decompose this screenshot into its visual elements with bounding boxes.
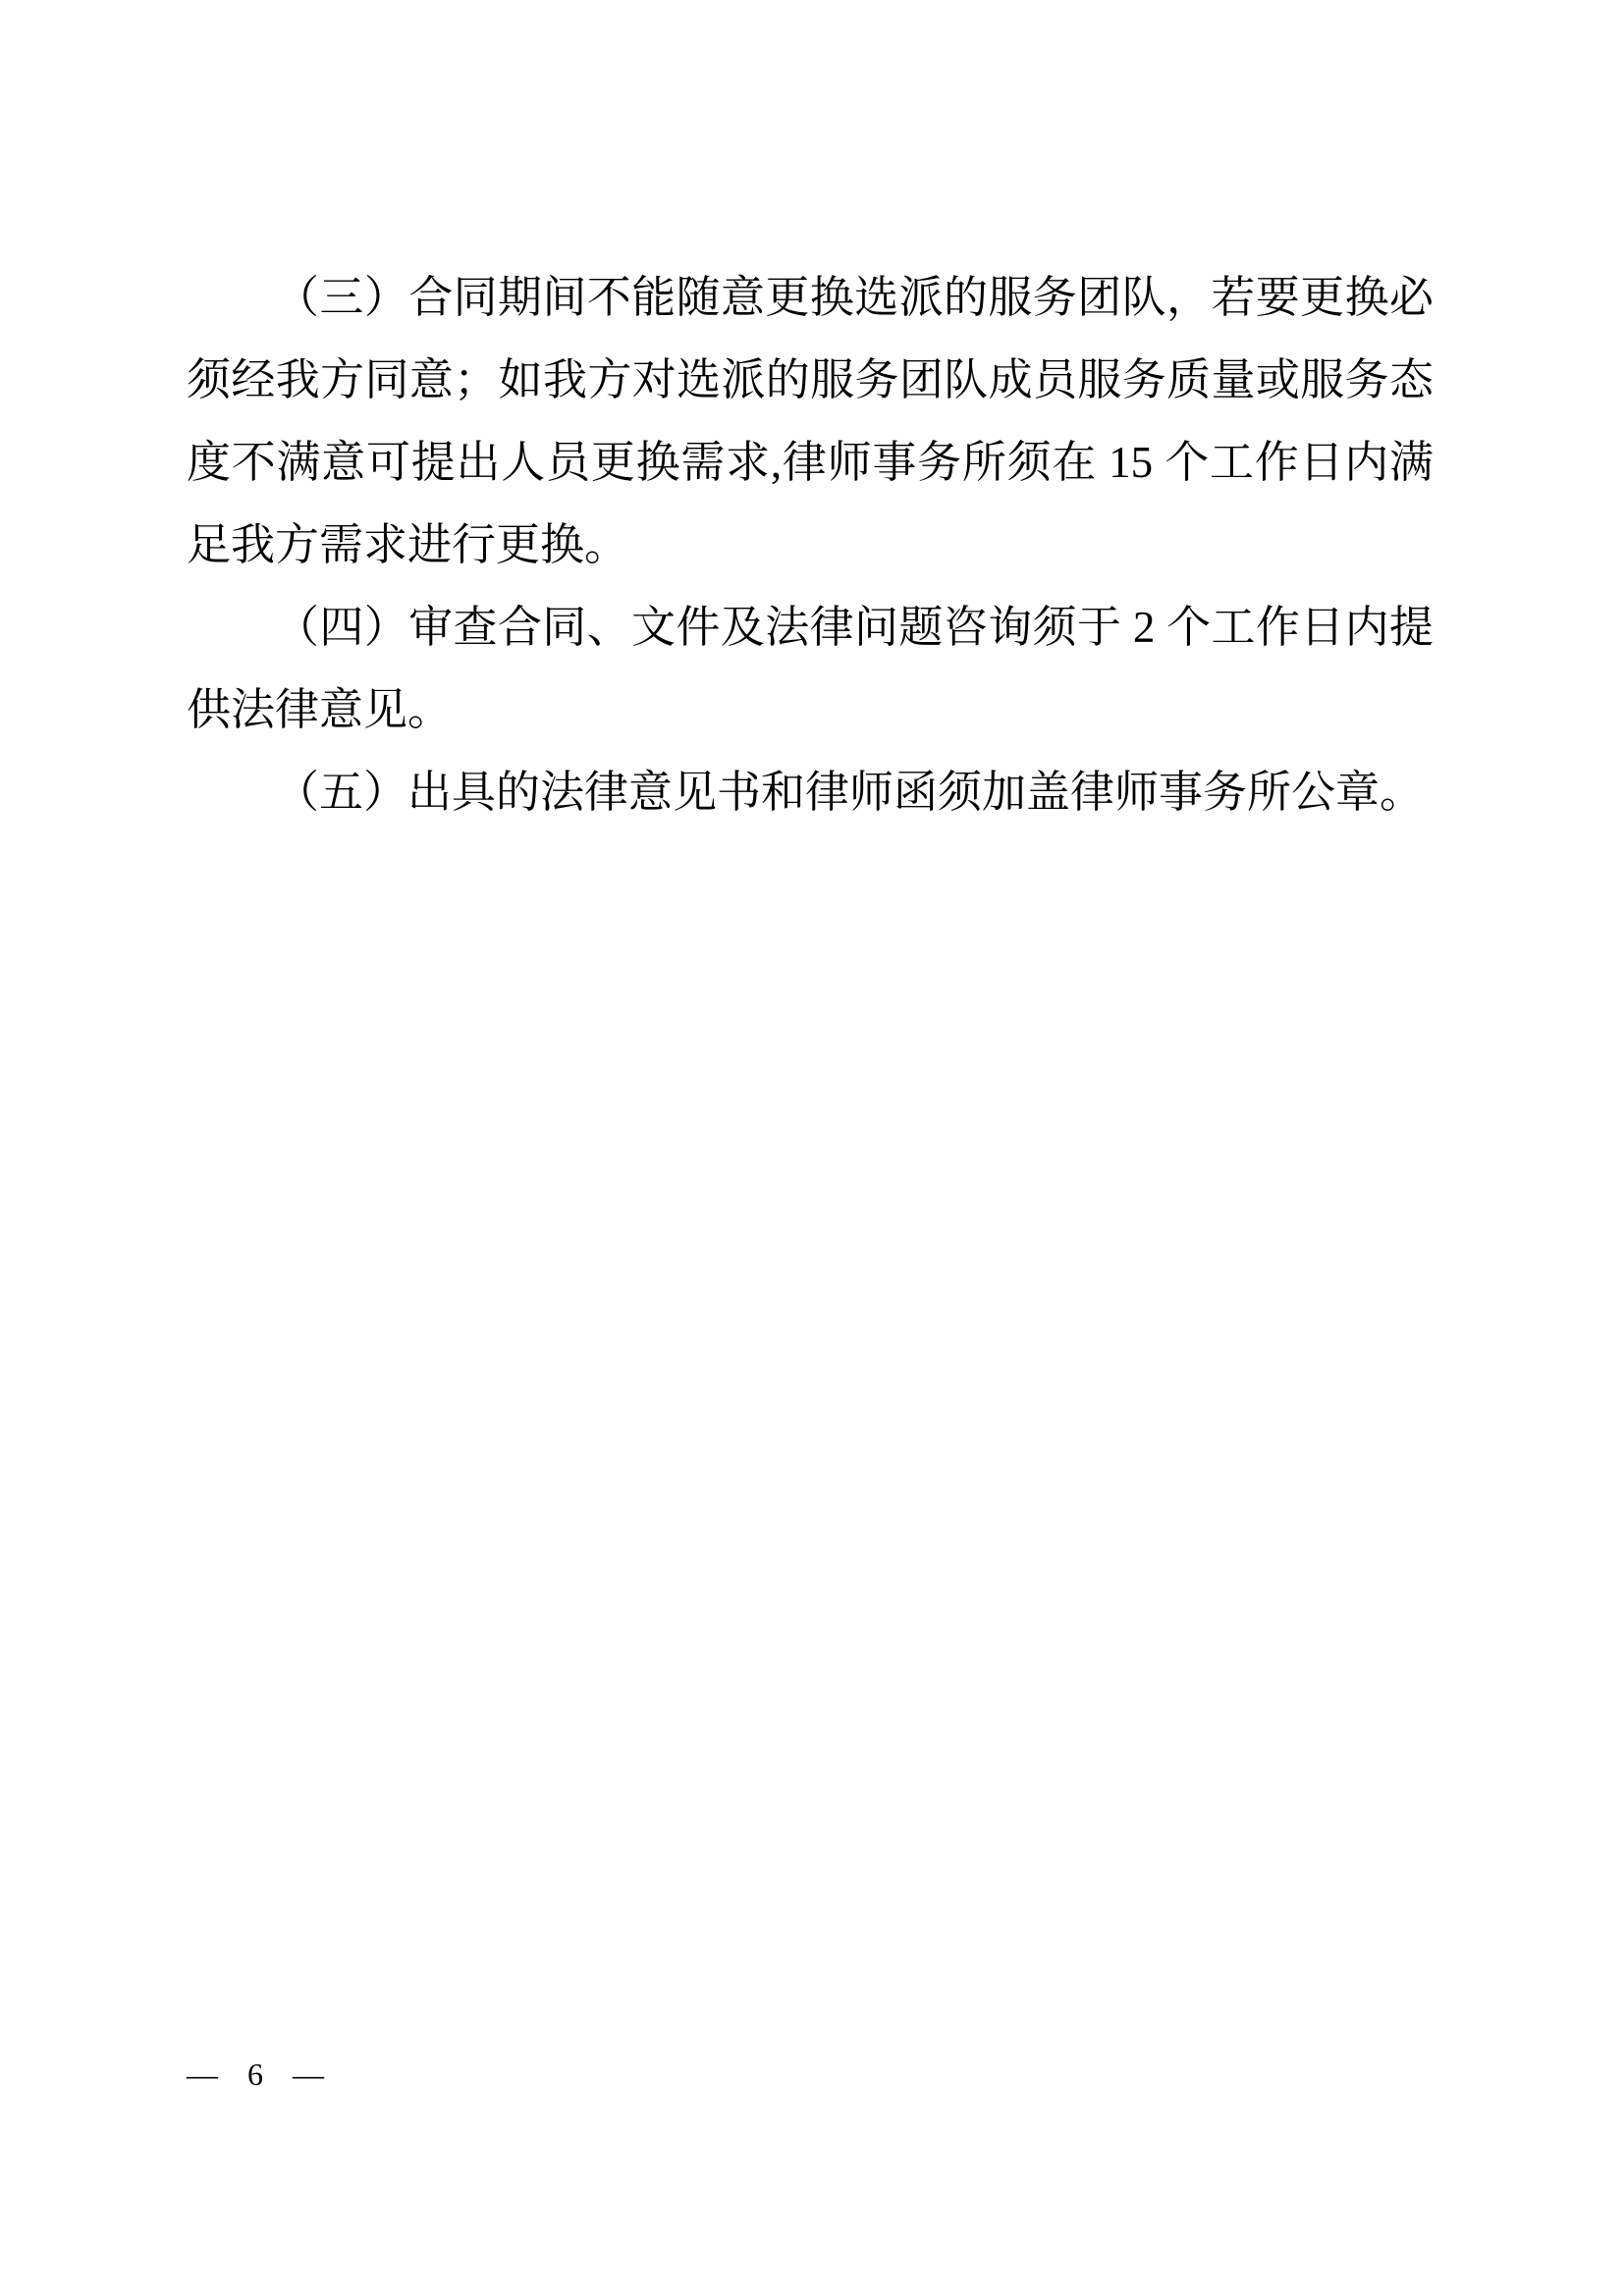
paragraph-clause-4: （四）审查合同、文件及法律问题咨询须于 2 个工作日内提供法律意见。 [187, 586, 1434, 751]
paragraph-clause-3: （三）合同期间不能随意更换选派的服务团队，若要更换必须经我方同意；如我方对选派的… [187, 256, 1434, 586]
document-page: （三）合同期间不能随意更换选派的服务团队，若要更换必须经我方同意；如我方对选派的… [0, 0, 1624, 2296]
paragraph-clause-5: （五）出具的法律意见书和律师函须加盖律师事务所公章。 [187, 751, 1434, 833]
page-number: — 6 — [187, 2055, 324, 2094]
document-body: （三）合同期间不能随意更换选派的服务团队，若要更换必须经我方同意；如我方对选派的… [187, 256, 1434, 833]
